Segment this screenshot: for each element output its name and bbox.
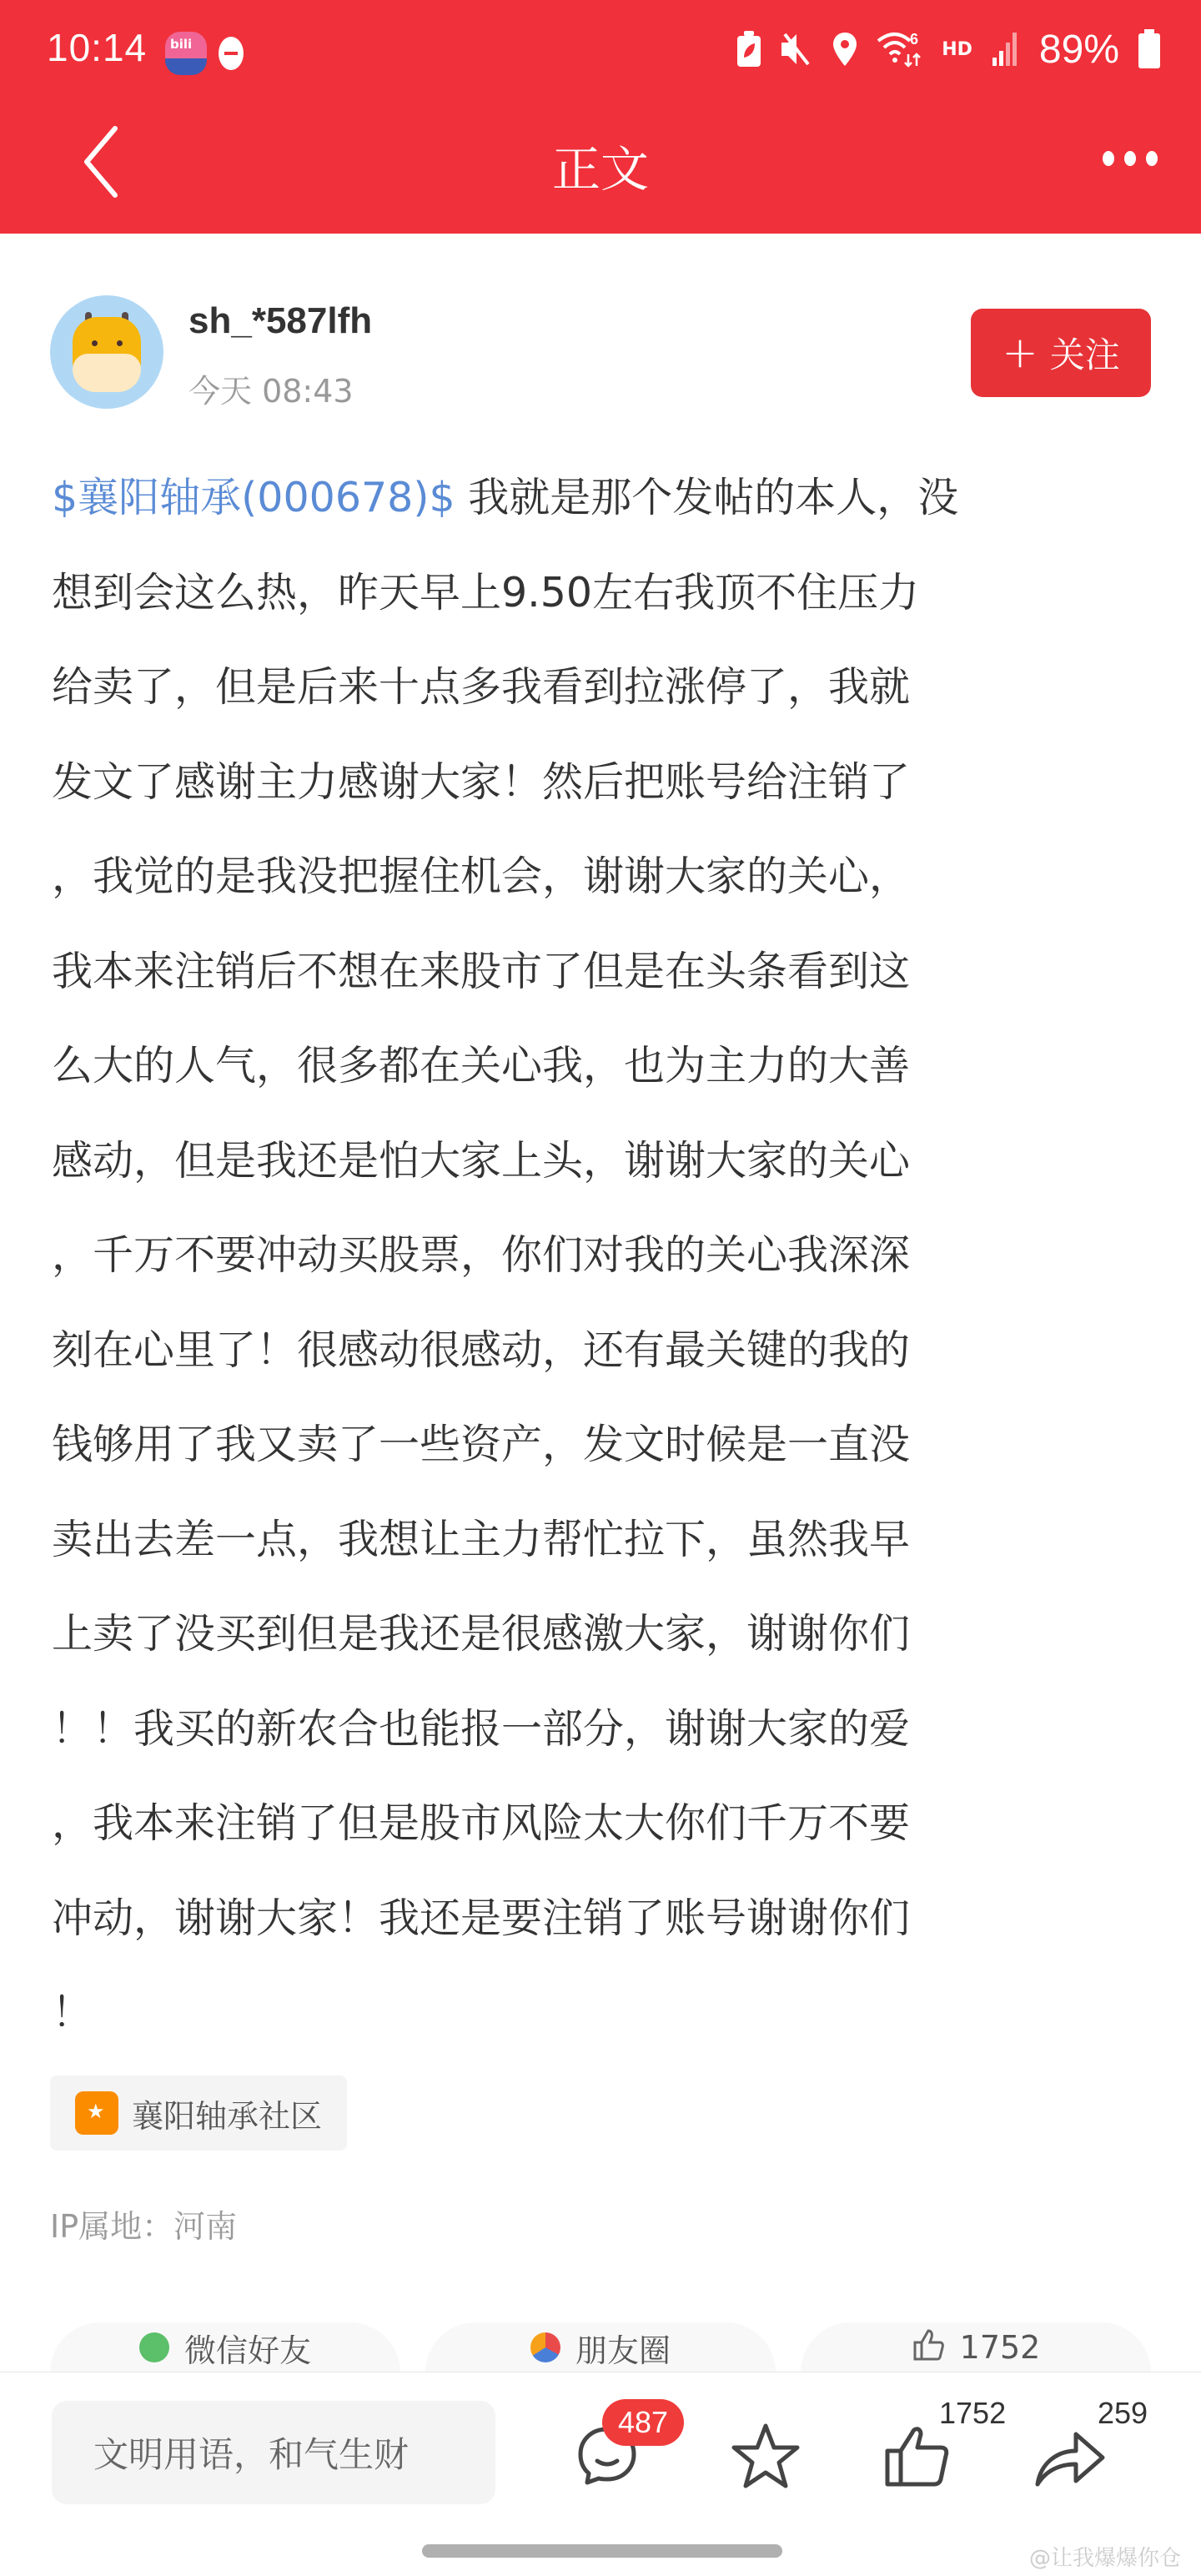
bilibili-app-icon [165,32,207,75]
avatar[interactable] [50,295,163,409]
post-line: 钱够用了我又卖了一些资产，发文时候是一直没 [52,1397,1153,1492]
status-time: 10:14 [47,25,147,70]
post-time: 今天 08:43 [188,365,354,411]
avatar-eye [117,340,123,346]
battery-icon [1138,29,1161,69]
share-row: 微信好友 朋友圈 1752 [50,2322,1151,2372]
stock-tag-link[interactable]: $襄阳轴承(000678)$ [52,474,455,521]
post-line: 想到会这么热，昨天早上9.50左右我顶不住压力 [52,546,1153,641]
thumbs-up-icon [882,2421,952,2491]
post-line: 发文了感谢主力感谢大家！然后把账号给注销了 [52,735,1153,830]
post-body: $襄阳轴承(000678)$ 我就是那个发帖的本人，没 想到会这么热，昨天早上9… [52,450,1153,2060]
post-line: 上卖了没买到但是我还是很感激大家，谢谢你们 [52,1587,1153,1682]
author-row: sh_*587lfh 今天 08:43 + 关注 [50,295,1151,412]
share-wechat-button[interactable]: 微信好友 [50,2322,400,2372]
star-icon [731,2421,801,2491]
ip-location: IP属地：河南 [50,2201,237,2246]
home-indicator[interactable] [422,2544,782,2558]
do-not-disturb-icon [219,37,244,70]
post-line: 卖出去差一点，我想让主力帮忙拉下，虽然我早 [52,1492,1153,1587]
community-label: 襄阳轴承社区 [132,2090,322,2136]
author-name[interactable]: sh_*587lfh [188,300,372,342]
share-arrow-icon [1033,2421,1108,2491]
svg-text:6: 6 [910,31,918,48]
post-line: 我本来注销后不想在来股市了但是在头条看到这 [52,924,1153,1019]
share-moments-button[interactable]: 朋友圈 [425,2322,776,2372]
more-button[interactable] [1093,142,1168,175]
share-button[interactable] [1033,2421,1099,2488]
signal-icon [991,31,1021,68]
more-horizontal-icon [1103,151,1114,166]
like-count: 1752 [939,2396,1006,2431]
mute-icon [780,31,813,68]
post-line: 感动，但是我还是怕大家上头，谢谢大家的关心 [52,1114,1153,1209]
wifi-icon: 6 [877,29,923,69]
post-line: ，我觉的是我没把握住机会，谢谢大家的关心， [52,829,1153,924]
post-line: 给卖了，但是后来十点多我看到拉涨停了，我就 [52,640,1153,735]
thumbs-up-icon [912,2327,945,2368]
post-line: 么大的人气，很多都在关心我，也为主力的大善 [52,1019,1153,1114]
more-horizontal-icon [1146,151,1158,166]
favorite-button[interactable] [731,2421,797,2488]
post-line: ！！我买的新农合也能报一部分，谢谢大家的爱 [52,1682,1153,1777]
share-count: 259 [1098,2396,1148,2431]
community-icon [75,2091,118,2135]
status-bar: 10:14 6 HD 89% [0,0,1201,100]
comment-input[interactable]: 文明用语，和气生财 [52,2401,495,2504]
avatar-eye [92,340,98,346]
avatar-muzzle [73,354,141,392]
battery-saver-icon [736,31,761,68]
status-right-cluster: 6 HD 89% [736,28,1161,70]
share-like-button[interactable]: 1752 [801,2322,1151,2372]
post-line: ！ [52,1965,1153,2060]
like-button[interactable] [882,2421,949,2488]
follow-label: 关注 [1050,328,1120,378]
comment-count-badge: 487 [602,2399,684,2446]
app-header: 10:14 6 HD 89% [0,0,1201,234]
watermark: @让我爆爆你仓 [1029,2541,1181,2572]
post-line: 刻在心里了！很感动很感动，还有最关键的我的 [52,1303,1153,1398]
post-line: 冲动，谢谢大家！我还是要注销了账号谢谢你们 [52,1871,1153,1966]
wechat-icon [139,2332,169,2362]
follow-button[interactable]: + 关注 [971,309,1151,397]
post-line: ，我本来注销了但是股市风险太大你们千万不要 [52,1776,1153,1871]
network-hd-label: HD [942,39,972,60]
plus-icon: + [1002,331,1038,375]
post-line: ，千万不要冲动买股票，你们对我的关心我深深 [52,1208,1153,1303]
location-icon [832,31,858,68]
community-chip[interactable]: 襄阳轴承社区 [50,2075,347,2151]
moments-icon [530,2332,560,2362]
nav-bar: 正文 [0,100,1201,234]
page-title: 正文 [0,130,1201,200]
battery-percent: 89% [1039,27,1119,73]
post-line: $襄阳轴承(000678)$ 我就是那个发帖的本人，没 [52,450,1153,546]
more-horizontal-icon [1124,151,1136,166]
